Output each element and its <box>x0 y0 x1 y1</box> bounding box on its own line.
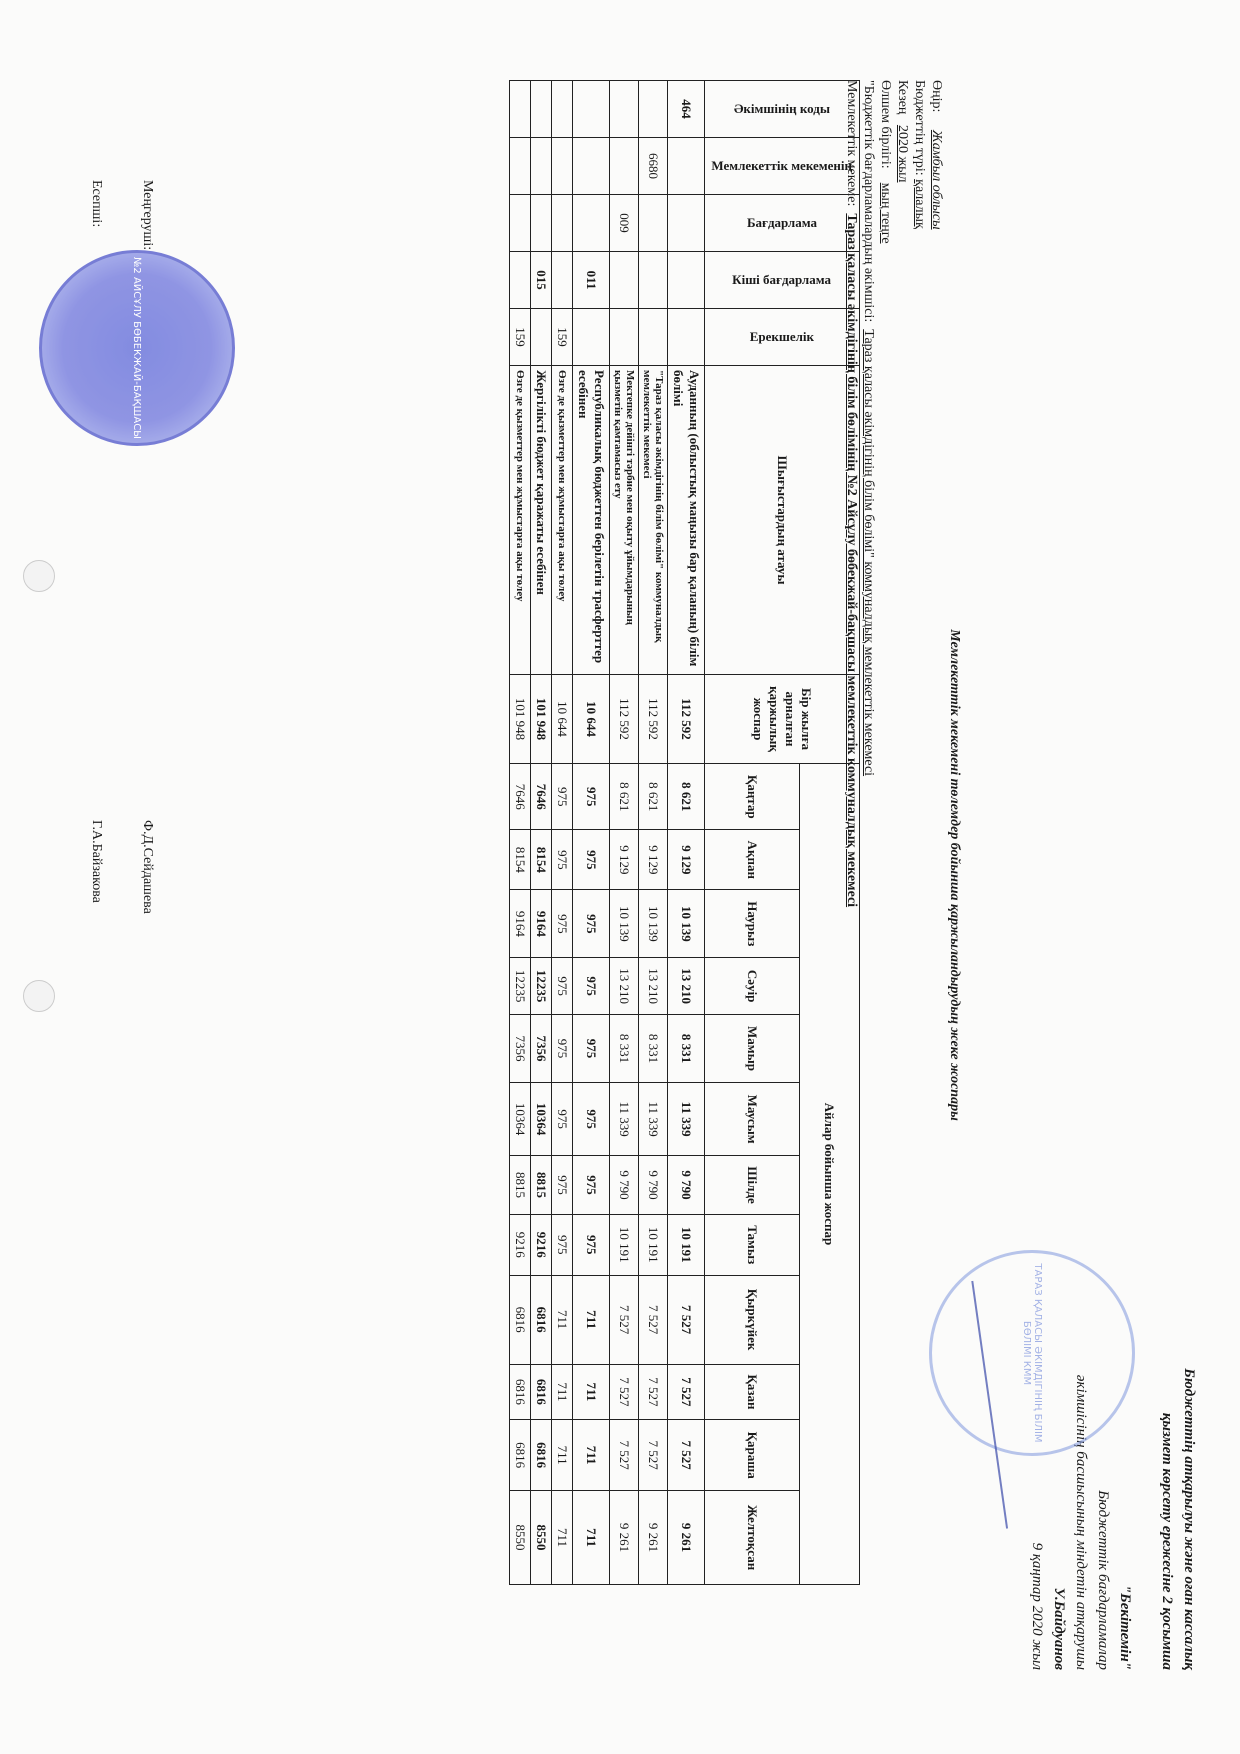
month-value-cell: 975 <box>552 830 573 890</box>
program-cell <box>552 195 573 252</box>
month-value-cell: 7646 <box>510 764 531 830</box>
punch-hole <box>23 560 55 592</box>
month-value-cell: 9 790 <box>639 1156 668 1215</box>
month-value-cell: 9216 <box>510 1214 531 1275</box>
header-month: Желтоқсан <box>705 1491 800 1585</box>
month-value-cell: 975 <box>573 830 610 890</box>
month-value-cell: 8 621 <box>639 764 668 830</box>
month-value-cell: 11 339 <box>610 1083 639 1156</box>
period-value: 2020 жыл <box>895 125 910 183</box>
institution-code-cell <box>610 138 639 195</box>
month-value-cell: 711 <box>573 1275 610 1364</box>
program-cell <box>573 195 610 252</box>
signature-row: Есепші:Г.А.Байзакова <box>88 180 104 914</box>
month-value-cell: 7 527 <box>639 1420 668 1491</box>
admin-label: "Бюджеттік бағдарламалардың әкімшісі: <box>861 80 876 322</box>
month-value-cell: 10 139 <box>610 890 639 958</box>
admin-code-cell <box>573 81 610 138</box>
header-annual-plan: Бір жылға арналған қаржылық жоспар <box>705 675 860 764</box>
month-value-cell: 975 <box>573 1083 610 1156</box>
month-value-cell: 12235 <box>531 958 552 1014</box>
month-value-cell: 9 129 <box>639 830 668 890</box>
header-month: Тамыз <box>705 1214 800 1275</box>
table-row: 009Мектепке дейінгі тәрбие мен оқыту ұйы… <box>610 81 639 1585</box>
subprogram-cell: 015 <box>531 252 552 309</box>
month-value-cell: 975 <box>573 1214 610 1275</box>
month-value-cell: 975 <box>573 890 610 958</box>
month-value-cell: 9 261 <box>668 1491 705 1585</box>
month-value-cell: 8 331 <box>610 1014 639 1082</box>
month-value-cell: 12235 <box>510 958 531 1014</box>
annual-plan-cell: 112 592 <box>639 675 668 764</box>
signature-row: Меңгеруші:Ф.Д.Сейдашева <box>139 180 155 914</box>
month-value-cell: 7 527 <box>639 1364 668 1420</box>
month-value-cell: 13 210 <box>639 958 668 1014</box>
month-value-cell: 975 <box>573 764 610 830</box>
annual-plan-cell: 101 948 <box>531 675 552 764</box>
table-row: 6680"Тараз қаласы әкімдігінің білім бөлі… <box>639 81 668 1585</box>
annual-plan-cell: 101 948 <box>510 675 531 764</box>
admin-code-cell <box>610 81 639 138</box>
month-value-cell: 13 210 <box>668 958 705 1014</box>
month-value-cell: 9164 <box>510 890 531 958</box>
admin-value: Тараз қаласы әкімдігінің білім бөлімі" к… <box>861 329 876 776</box>
month-value-cell: 711 <box>552 1275 573 1364</box>
specific-cell <box>610 309 639 366</box>
signature-role: Меңгеруші: <box>139 180 155 820</box>
institution-code-cell <box>510 138 531 195</box>
table-row: 159Өзге де қызметтер мен жұмыстарға ақы … <box>510 81 531 1585</box>
month-value-cell: 711 <box>552 1364 573 1420</box>
month-value-cell: 975 <box>573 958 610 1014</box>
month-value-cell: 7356 <box>531 1014 552 1082</box>
header-subprogram: Кіші бағдарлама <box>705 252 860 309</box>
month-value-cell: 8815 <box>510 1156 531 1215</box>
month-value-cell: 9 129 <box>668 830 705 890</box>
month-value-cell: 9164 <box>531 890 552 958</box>
table-row: 159Өзге де қызметтер мен жұмыстарға ақы … <box>552 81 573 1585</box>
header-month: Сәуір <box>705 958 800 1014</box>
month-value-cell: 10 191 <box>610 1214 639 1275</box>
month-value-cell: 6816 <box>531 1275 552 1364</box>
specific-cell: 159 <box>510 309 531 366</box>
month-value-cell: 975 <box>552 1156 573 1215</box>
month-value-cell: 8550 <box>531 1491 552 1585</box>
signatures-block: Меңгеруші:Ф.Д.СейдашеваЕсепші:Г.А.Байзак… <box>53 180 155 914</box>
month-value-cell: 6816 <box>510 1275 531 1364</box>
admin-code-cell <box>552 81 573 138</box>
month-value-cell: 9 790 <box>610 1156 639 1215</box>
subprogram-cell <box>668 252 705 309</box>
header-month: Ақпан <box>705 830 800 890</box>
header-name: Шығыстардың атауы <box>705 366 860 675</box>
header-month: Қазан <box>705 1364 800 1420</box>
month-value-cell: 13 210 <box>610 958 639 1014</box>
subprogram-cell: 011 <box>573 252 610 309</box>
header-institution-code: Мемлекеттік мекеменің <box>705 138 860 195</box>
month-value-cell: 975 <box>552 1014 573 1082</box>
month-value-cell: 7 527 <box>610 1420 639 1491</box>
month-value-cell: 6816 <box>510 1420 531 1491</box>
name-cell: Жергілікті бюджет қаражаты есебінен <box>531 366 552 675</box>
annual-plan-cell: 112 592 <box>610 675 639 764</box>
annual-plan-cell: 112 592 <box>668 675 705 764</box>
budget-type-value: қалалық <box>912 179 927 229</box>
name-cell: Республикалық бюджеттен берілетін трасфе… <box>573 366 610 675</box>
header-admin-code: Әкімшінің коды <box>705 81 860 138</box>
month-value-cell: 9 261 <box>639 1491 668 1585</box>
institution-code-cell <box>531 138 552 195</box>
month-value-cell: 7646 <box>531 764 552 830</box>
header-month: Наурыз <box>705 890 800 958</box>
month-value-cell: 9 129 <box>610 830 639 890</box>
name-cell: Өзге де қызметтер мен жұмыстарға ақы төл… <box>552 366 573 675</box>
month-value-cell: 7 527 <box>668 1364 705 1420</box>
month-value-cell: 7 527 <box>610 1364 639 1420</box>
program-cell: 009 <box>610 195 639 252</box>
annual-plan-cell: 10 644 <box>573 675 610 764</box>
header-month: Маусым <box>705 1083 800 1156</box>
header-month: Қаңтар <box>705 764 800 830</box>
header-month: Шілде <box>705 1156 800 1215</box>
month-value-cell: 8154 <box>510 830 531 890</box>
program-cell <box>668 195 705 252</box>
program-cell <box>639 195 668 252</box>
institution-code-cell: 6680 <box>639 138 668 195</box>
region-label: Өңір: <box>929 80 944 112</box>
month-value-cell: 975 <box>552 764 573 830</box>
month-value-cell: 9 790 <box>668 1156 705 1215</box>
month-value-cell: 8815 <box>531 1156 552 1215</box>
month-value-cell: 975 <box>552 1214 573 1275</box>
month-value-cell: 975 <box>552 958 573 1014</box>
name-cell: Мектепке дейінгі тәрбие мен оқыту ұйымда… <box>610 366 639 675</box>
table-row: 011Республикалық бюджеттен берілетін тра… <box>573 81 610 1585</box>
subprogram-cell <box>639 252 668 309</box>
period-label: Кезең <box>895 80 910 114</box>
month-value-cell: 11 339 <box>639 1083 668 1156</box>
month-value-cell: 11 339 <box>668 1083 705 1156</box>
institution-code-cell <box>552 138 573 195</box>
month-value-cell: 8 331 <box>639 1014 668 1082</box>
month-value-cell: 7 527 <box>668 1275 705 1364</box>
month-value-cell: 10 191 <box>668 1214 705 1275</box>
header-month: Қыркүйек <box>705 1275 800 1364</box>
specific-cell <box>639 309 668 366</box>
admin-code-cell <box>510 81 531 138</box>
annual-plan-cell: 10 644 <box>552 675 573 764</box>
institution-code-cell <box>668 138 705 195</box>
month-value-cell: 10364 <box>531 1083 552 1156</box>
header-specific: Ерекшелік <box>705 309 860 366</box>
month-value-cell: 7 527 <box>639 1275 668 1364</box>
budget-type-label: Бюджеттің түрі: <box>912 80 927 176</box>
table-row: 015Жергілікті бюджет қаражаты есебінен10… <box>531 81 552 1585</box>
month-value-cell: 7 527 <box>610 1275 639 1364</box>
month-value-cell: 975 <box>552 890 573 958</box>
month-value-cell: 711 <box>552 1420 573 1491</box>
month-value-cell: 711 <box>573 1364 610 1420</box>
month-value-cell: 975 <box>552 1083 573 1156</box>
subprogram-cell <box>610 252 639 309</box>
month-value-cell: 10 139 <box>668 890 705 958</box>
month-value-cell: 10364 <box>510 1083 531 1156</box>
rule-reference-2: қызмет көрсету ережесіне 2 қосымша <box>1156 1150 1178 1670</box>
specific-cell <box>531 309 552 366</box>
header-month: Мамыр <box>705 1014 800 1082</box>
month-value-cell: 711 <box>573 1491 610 1585</box>
unit-value: мың теңге <box>878 183 893 244</box>
header-monthly-group: Айлар бойынша жоспар <box>800 764 860 1585</box>
signature-name: Ф.Д.Сейдашева <box>139 820 155 914</box>
financing-plan-table: Әкімшінің коды Мемлекеттік мекеменің Бағ… <box>509 80 860 1585</box>
month-value-cell: 975 <box>573 1156 610 1215</box>
admin-code-cell <box>531 81 552 138</box>
month-value-cell: 10 139 <box>639 890 668 958</box>
rule-reference: Бюджеттің атқарылуы және оған кассалық <box>1178 1150 1200 1670</box>
month-value-cell: 711 <box>552 1491 573 1585</box>
specific-cell <box>668 309 705 366</box>
month-value-cell: 9 261 <box>610 1491 639 1585</box>
month-value-cell: 6816 <box>531 1420 552 1491</box>
month-value-cell: 6816 <box>510 1364 531 1420</box>
signature-name: Г.А.Байзакова <box>88 820 104 903</box>
month-value-cell: 8 331 <box>668 1014 705 1082</box>
subprogram-cell <box>552 252 573 309</box>
signature-role: Есепші: <box>88 180 104 820</box>
month-value-cell: 8 621 <box>668 764 705 830</box>
region-value: Жамбыл облысы <box>929 130 944 230</box>
month-value-cell: 711 <box>573 1420 610 1491</box>
month-value-cell: 7 527 <box>668 1420 705 1491</box>
month-value-cell: 8154 <box>531 830 552 890</box>
month-value-cell: 7356 <box>510 1014 531 1082</box>
name-cell: Өзге де қызметтер мен жұмыстарға ақы төл… <box>510 366 531 675</box>
name-cell: Ауданның (облыстық маңызы бар қаланың) б… <box>668 366 705 675</box>
rotated-document-page: Бюджеттің атқарылуы және оған кассалық қ… <box>0 0 1240 1754</box>
month-value-cell: 10 191 <box>639 1214 668 1275</box>
specific-cell <box>573 309 610 366</box>
table-row: 464Ауданның (облыстық маңызы бар қаланың… <box>668 81 705 1585</box>
month-value-cell: 8550 <box>510 1491 531 1585</box>
punch-hole <box>23 980 55 1012</box>
admin-code-cell <box>639 81 668 138</box>
unit-label: Өлшем бірлігі: <box>878 80 893 169</box>
header-program: Бағдарлама <box>705 195 860 252</box>
program-cell <box>531 195 552 252</box>
month-value-cell: 975 <box>573 1014 610 1082</box>
specific-cell: 159 <box>552 309 573 366</box>
header-month: Қараша <box>705 1420 800 1491</box>
month-value-cell: 6816 <box>531 1364 552 1420</box>
admin-code-cell: 464 <box>668 81 705 138</box>
name-cell: "Тараз қаласы әкімдігінің білім бөлімі" … <box>639 366 668 675</box>
month-value-cell: 9216 <box>531 1214 552 1275</box>
program-cell <box>510 195 531 252</box>
subprogram-cell <box>510 252 531 309</box>
document-title: Мемлекеттік мекемені төлемдер бойынша қа… <box>946 300 962 1450</box>
institution-code-cell <box>573 138 610 195</box>
month-value-cell: 8 621 <box>610 764 639 830</box>
